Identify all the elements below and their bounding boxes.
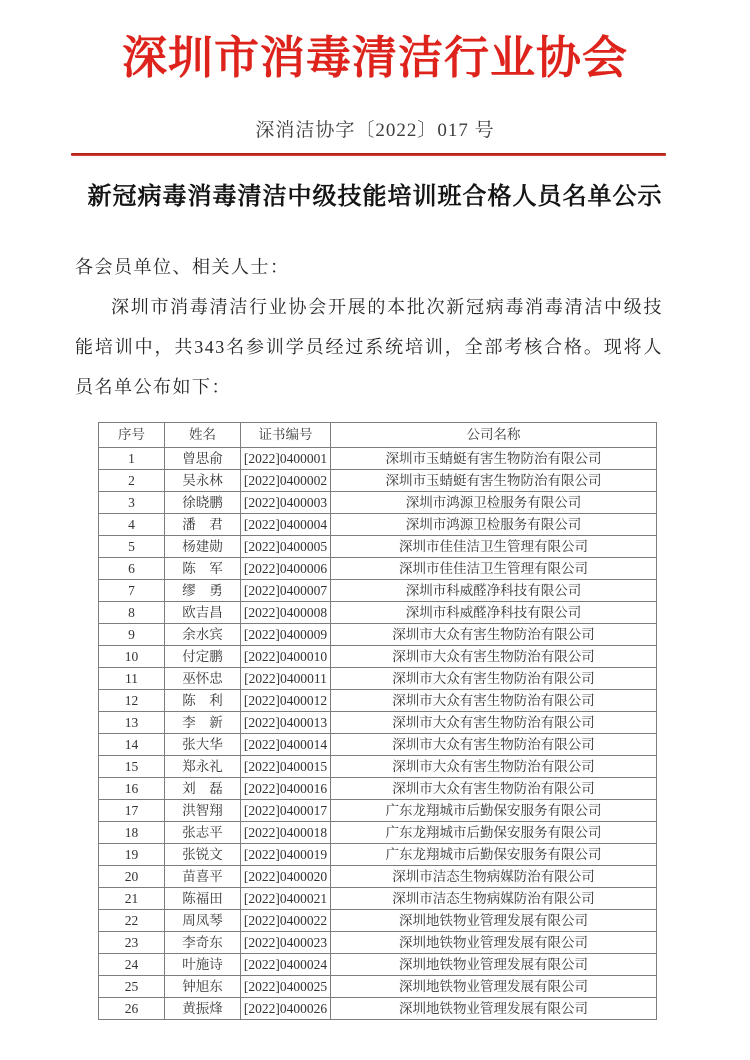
cell-seq: 21: [99, 888, 165, 910]
cell-seq: 25: [99, 976, 165, 998]
cell-company: 广东龙翔城市后勤保安服务有限公司: [331, 822, 657, 844]
table-row: 4潘 君[2022]0400004深圳市鸿源卫检服务有限公司: [99, 514, 657, 536]
cell-name: 余水宾: [165, 624, 241, 646]
cell-cert-no: [2022]0400013: [241, 712, 331, 734]
cell-cert-no: [2022]0400016: [241, 778, 331, 800]
cell-company: 深圳地铁物业管理发展有限公司: [331, 932, 657, 954]
table-row: 11巫怀忠[2022]0400011深圳市大众有害生物防治有限公司: [99, 668, 657, 690]
roster-table-body: 1曾思俞[2022]0400001深圳市玉蜻蜓有害生物防治有限公司2吴永林[20…: [99, 448, 657, 1020]
cell-cert-no: [2022]0400019: [241, 844, 331, 866]
cell-company: 深圳市玉蜻蜓有害生物防治有限公司: [331, 470, 657, 492]
table-row: 13李 新[2022]0400013深圳市大众有害生物防治有限公司: [99, 712, 657, 734]
table-row: 25钟旭东[2022]0400025深圳地铁物业管理发展有限公司: [99, 976, 657, 998]
cell-seq: 4: [99, 514, 165, 536]
cell-name: 黄振烽: [165, 998, 241, 1020]
cell-seq: 16: [99, 778, 165, 800]
cell-seq: 13: [99, 712, 165, 734]
cell-cert-no: [2022]0400015: [241, 756, 331, 778]
table-row: 21陈福田[2022]0400021深圳市洁态生物病媒防治有限公司: [99, 888, 657, 910]
cell-company: 深圳市大众有害生物防治有限公司: [331, 778, 657, 800]
cell-name: 周凤琴: [165, 910, 241, 932]
notice-title: 新冠病毒消毒清洁中级技能培训班合格人员名单公示: [75, 181, 675, 213]
cell-name: 陈 军: [165, 558, 241, 580]
table-row: 26黄振烽[2022]0400026深圳地铁物业管理发展有限公司: [99, 998, 657, 1020]
cell-cert-no: [2022]0400021: [241, 888, 331, 910]
table-row: 1曾思俞[2022]0400001深圳市玉蜻蜓有害生物防治有限公司: [99, 448, 657, 470]
cell-seq: 7: [99, 580, 165, 602]
table-row: 10付定鹏[2022]0400010深圳市大众有害生物防治有限公司: [99, 646, 657, 668]
cell-cert-no: [2022]0400020: [241, 866, 331, 888]
salutation: 各会员单位、相关人士：: [75, 247, 675, 287]
cell-cert-no: [2022]0400011: [241, 668, 331, 690]
red-divider: [71, 153, 666, 156]
cell-company: 深圳市科威醛净科技有限公司: [331, 580, 657, 602]
col-header-name: 姓名: [165, 423, 241, 448]
association-title: 深圳市消毒清洁行业协会: [75, 28, 675, 88]
body-paragraph: 深圳市消毒清洁行业协会开展的本批次新冠病毒消毒清洁中级技能培训中，共343名参训…: [75, 287, 663, 407]
table-row: 14张大华[2022]0400014深圳市大众有害生物防治有限公司: [99, 734, 657, 756]
table-row: 19张锐文[2022]0400019广东龙翔城市后勤保安服务有限公司: [99, 844, 657, 866]
table-row: 16刘 磊[2022]0400016深圳市大众有害生物防治有限公司: [99, 778, 657, 800]
table-row: 6陈 军[2022]0400006深圳市佳佳洁卫生管理有限公司: [99, 558, 657, 580]
cell-cert-no: [2022]0400018: [241, 822, 331, 844]
cell-seq: 26: [99, 998, 165, 1020]
table-row: 20苗喜平[2022]0400020深圳市洁态生物病媒防治有限公司: [99, 866, 657, 888]
cell-company: 深圳地铁物业管理发展有限公司: [331, 954, 657, 976]
cell-cert-no: [2022]0400004: [241, 514, 331, 536]
cell-seq: 3: [99, 492, 165, 514]
cell-name: 张大华: [165, 734, 241, 756]
cell-seq: 9: [99, 624, 165, 646]
cell-cert-no: [2022]0400009: [241, 624, 331, 646]
cell-seq: 10: [99, 646, 165, 668]
roster-table: 序号 姓名 证书编号 公司名称 1曾思俞[2022]0400001深圳市玉蜻蜓有…: [98, 422, 657, 1020]
cell-seq: 8: [99, 602, 165, 624]
cell-cert-no: [2022]0400001: [241, 448, 331, 470]
cell-name: 吴永林: [165, 470, 241, 492]
table-row: 17洪智翔[2022]0400017广东龙翔城市后勤保安服务有限公司: [99, 800, 657, 822]
cell-company: 深圳地铁物业管理发展有限公司: [331, 910, 657, 932]
cell-cert-no: [2022]0400023: [241, 932, 331, 954]
table-row: 8欧吉昌[2022]0400008深圳市科威醛净科技有限公司: [99, 602, 657, 624]
cell-name: 付定鹏: [165, 646, 241, 668]
cell-seq: 22: [99, 910, 165, 932]
cell-name: 缪 勇: [165, 580, 241, 602]
cell-company: 广东龙翔城市后勤保安服务有限公司: [331, 844, 657, 866]
cell-cert-no: [2022]0400024: [241, 954, 331, 976]
cell-company: 深圳市大众有害生物防治有限公司: [331, 624, 657, 646]
cell-company: 深圳市洁态生物病媒防治有限公司: [331, 888, 657, 910]
cell-seq: 23: [99, 932, 165, 954]
cell-cert-no: [2022]0400006: [241, 558, 331, 580]
cell-seq: 14: [99, 734, 165, 756]
cell-name: 苗喜平: [165, 866, 241, 888]
cell-company: 深圳市佳佳洁卫生管理有限公司: [331, 558, 657, 580]
cell-name: 李奇东: [165, 932, 241, 954]
table-row: 12陈 利[2022]0400012深圳市大众有害生物防治有限公司: [99, 690, 657, 712]
cell-seq: 1: [99, 448, 165, 470]
cell-cert-no: [2022]0400012: [241, 690, 331, 712]
cell-name: 徐晓鹏: [165, 492, 241, 514]
cell-company: 深圳市大众有害生物防治有限公司: [331, 712, 657, 734]
cell-name: 潘 君: [165, 514, 241, 536]
document-number: 深消洁协字〔2022〕017 号: [75, 118, 675, 144]
col-header-seq: 序号: [99, 423, 165, 448]
table-row: 18张志平[2022]0400018广东龙翔城市后勤保安服务有限公司: [99, 822, 657, 844]
cell-cert-no: [2022]0400003: [241, 492, 331, 514]
cell-seq: 18: [99, 822, 165, 844]
table-row: 15郑永礼[2022]0400015深圳市大众有害生物防治有限公司: [99, 756, 657, 778]
cell-cert-no: [2022]0400025: [241, 976, 331, 998]
cell-seq: 20: [99, 866, 165, 888]
table-row: 7缪 勇[2022]0400007深圳市科威醛净科技有限公司: [99, 580, 657, 602]
roster-table-header-row: 序号 姓名 证书编号 公司名称: [99, 423, 657, 448]
cell-company: 深圳市佳佳洁卫生管理有限公司: [331, 536, 657, 558]
cell-seq: 17: [99, 800, 165, 822]
cell-company: 深圳市大众有害生物防治有限公司: [331, 734, 657, 756]
col-header-cert-no: 证书编号: [241, 423, 331, 448]
cell-name: 李 新: [165, 712, 241, 734]
cell-company: 广东龙翔城市后勤保安服务有限公司: [331, 800, 657, 822]
cell-company: 深圳市大众有害生物防治有限公司: [331, 690, 657, 712]
cell-cert-no: [2022]0400005: [241, 536, 331, 558]
cell-company: 深圳市大众有害生物防治有限公司: [331, 646, 657, 668]
cell-cert-no: [2022]0400026: [241, 998, 331, 1020]
cell-name: 钟旭东: [165, 976, 241, 998]
table-row: 9余水宾[2022]0400009深圳市大众有害生物防治有限公司: [99, 624, 657, 646]
cell-cert-no: [2022]0400007: [241, 580, 331, 602]
cell-seq: 5: [99, 536, 165, 558]
cell-seq: 24: [99, 954, 165, 976]
document-page: 深圳市消毒清洁行业协会 深消洁协字〔2022〕017 号 新冠病毒消毒清洁中级技…: [0, 0, 750, 1060]
table-row: 2吴永林[2022]0400002深圳市玉蜻蜓有害生物防治有限公司: [99, 470, 657, 492]
cell-name: 张锐文: [165, 844, 241, 866]
cell-name: 刘 磊: [165, 778, 241, 800]
cell-cert-no: [2022]0400014: [241, 734, 331, 756]
cell-company: 深圳市洁态生物病媒防治有限公司: [331, 866, 657, 888]
cell-name: 叶施诗: [165, 954, 241, 976]
cell-seq: 11: [99, 668, 165, 690]
cell-name: 洪智翔: [165, 800, 241, 822]
col-header-company: 公司名称: [331, 423, 657, 448]
cell-seq: 15: [99, 756, 165, 778]
cell-name: 杨建勋: [165, 536, 241, 558]
cell-company: 深圳地铁物业管理发展有限公司: [331, 976, 657, 998]
cell-cert-no: [2022]0400008: [241, 602, 331, 624]
cell-name: 曾思俞: [165, 448, 241, 470]
table-row: 5杨建勋[2022]0400005深圳市佳佳洁卫生管理有限公司: [99, 536, 657, 558]
cell-name: 欧吉昌: [165, 602, 241, 624]
cell-seq: 2: [99, 470, 165, 492]
cell-company: 深圳市大众有害生物防治有限公司: [331, 756, 657, 778]
cell-cert-no: [2022]0400002: [241, 470, 331, 492]
cell-name: 陈 利: [165, 690, 241, 712]
cell-cert-no: [2022]0400017: [241, 800, 331, 822]
table-row: 24叶施诗[2022]0400024深圳地铁物业管理发展有限公司: [99, 954, 657, 976]
cell-seq: 12: [99, 690, 165, 712]
cell-company: 深圳市科威醛净科技有限公司: [331, 602, 657, 624]
cell-company: 深圳市大众有害生物防治有限公司: [331, 668, 657, 690]
cell-cert-no: [2022]0400022: [241, 910, 331, 932]
table-row: 3徐晓鹏[2022]0400003深圳市鸿源卫检服务有限公司: [99, 492, 657, 514]
cell-seq: 6: [99, 558, 165, 580]
cell-name: 张志平: [165, 822, 241, 844]
cell-company: 深圳市玉蜻蜓有害生物防治有限公司: [331, 448, 657, 470]
table-row: 23李奇东[2022]0400023深圳地铁物业管理发展有限公司: [99, 932, 657, 954]
cell-company: 深圳地铁物业管理发展有限公司: [331, 998, 657, 1020]
cell-company: 深圳市鸿源卫检服务有限公司: [331, 514, 657, 536]
cell-cert-no: [2022]0400010: [241, 646, 331, 668]
cell-company: 深圳市鸿源卫检服务有限公司: [331, 492, 657, 514]
cell-name: 郑永礼: [165, 756, 241, 778]
cell-name: 巫怀忠: [165, 668, 241, 690]
table-row: 22周凤琴[2022]0400022深圳地铁物业管理发展有限公司: [99, 910, 657, 932]
cell-name: 陈福田: [165, 888, 241, 910]
cell-seq: 19: [99, 844, 165, 866]
